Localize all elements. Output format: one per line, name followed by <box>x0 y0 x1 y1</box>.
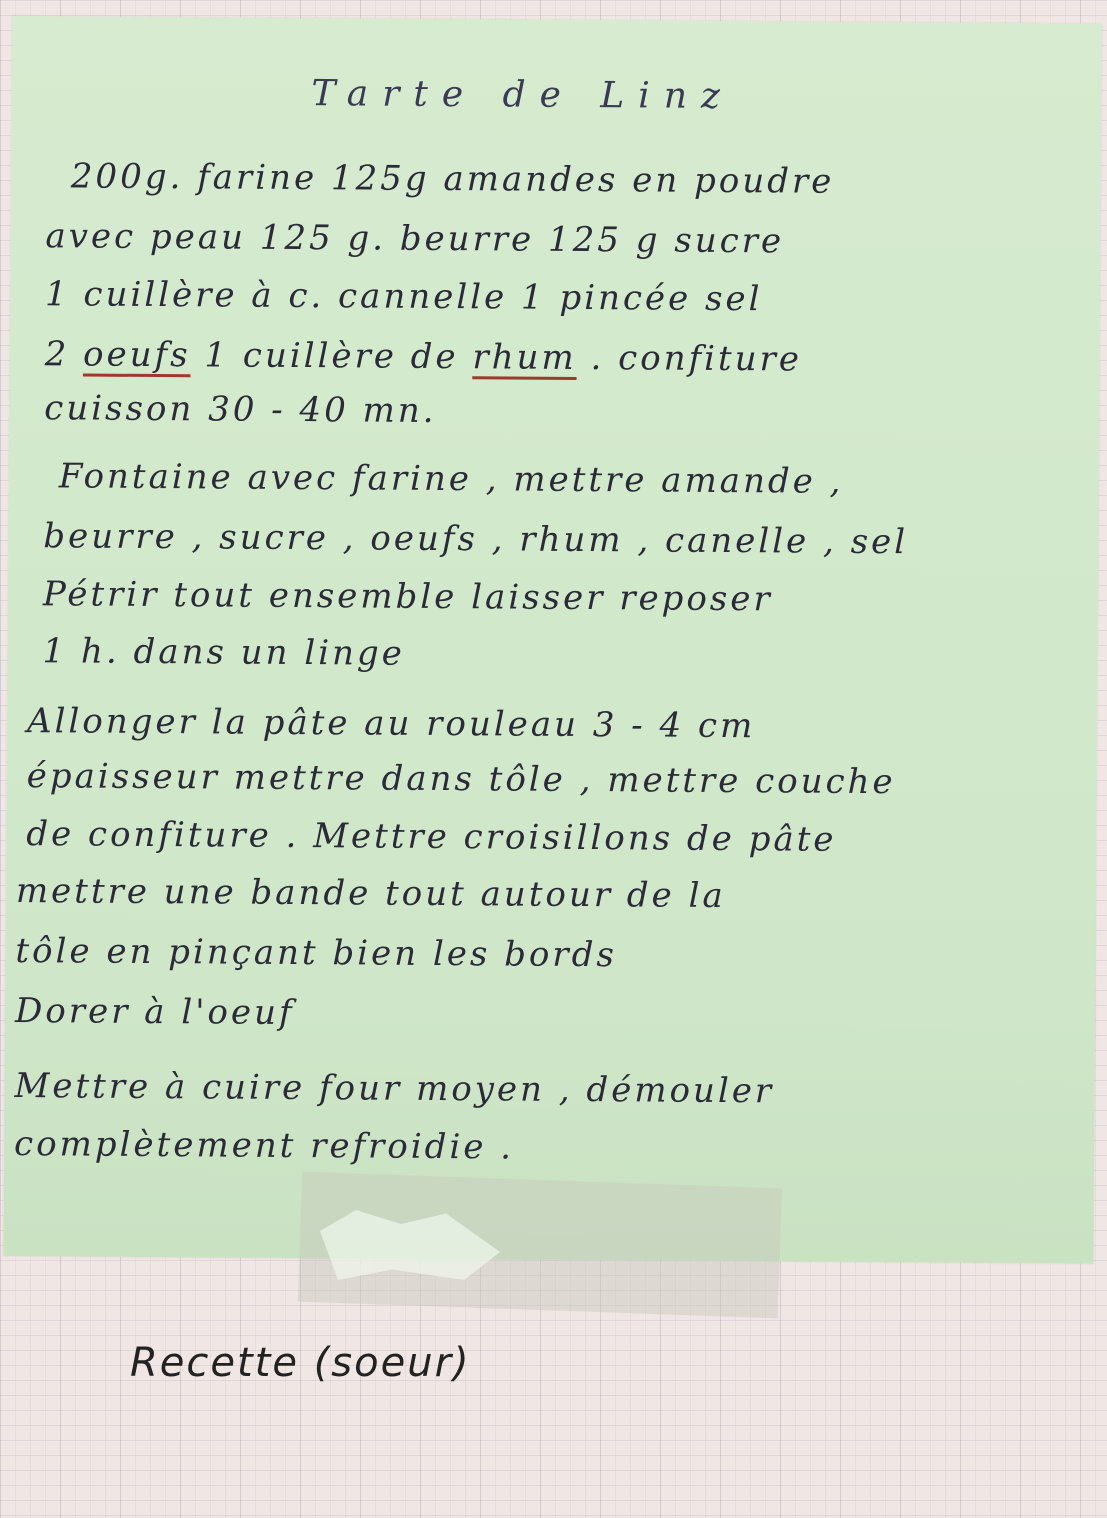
recipe-source-note: Recette (soeur) <box>130 1340 471 1386</box>
ingredient-line-4: 2 oeufs 1 cuillère de rhum . confiture <box>44 334 802 379</box>
jam-text: . confiture <box>577 338 803 380</box>
instruction-line-1: Fontaine avec farine , mettre amande , <box>59 456 844 501</box>
eggs-underlined: oeufs <box>83 335 191 376</box>
recipe-title: Tarte de Linz <box>311 73 734 117</box>
ingredient-line-2: avec peau 125 g. beurre 125 g sucre <box>45 216 784 261</box>
instruction-line-11: Mettre à cuire four moyen , démouler <box>14 1066 774 1111</box>
instruction-line-9: tôle en pinçant bien les bords <box>15 931 617 975</box>
instruction-line-3: Pétrir tout ensemble laisser reposer <box>43 574 773 619</box>
instruction-line-8: mettre une bande tout autour de la <box>16 871 726 916</box>
instruction-line-4: 1 h. dans un linge <box>42 631 405 674</box>
rum-underlined: rhum <box>472 337 577 378</box>
ingredient-line-5: cuisson 30 - 40 mn. <box>44 388 437 431</box>
instruction-line-6: épaisseur mettre dans tôle , mettre couc… <box>27 756 896 802</box>
eggs-count: 2 <box>44 334 83 374</box>
instruction-line-12: complètement refroidie . <box>14 1124 514 1167</box>
ingredient-line-1: 200g. farine 125g amandes en poudre <box>71 156 835 201</box>
ingredient-line-3: 1 cuillère à c. cannelle 1 pincée sel <box>45 274 763 319</box>
instruction-line-5: Allonger la pâte au rouleau 3 - 4 cm <box>27 701 755 746</box>
recipe-card: Tarte de Linz 200g. farine 125g amandes … <box>3 16 1102 1264</box>
instruction-line-10: Dorer à l'oeuf <box>15 991 295 1033</box>
spoon-text: 1 cuillère de <box>190 335 472 377</box>
instruction-line-7: de confiture . Mettre croisillons de pât… <box>26 814 836 860</box>
instruction-line-2: beurre , sucre , oeufs , rhum , canelle … <box>43 516 908 562</box>
